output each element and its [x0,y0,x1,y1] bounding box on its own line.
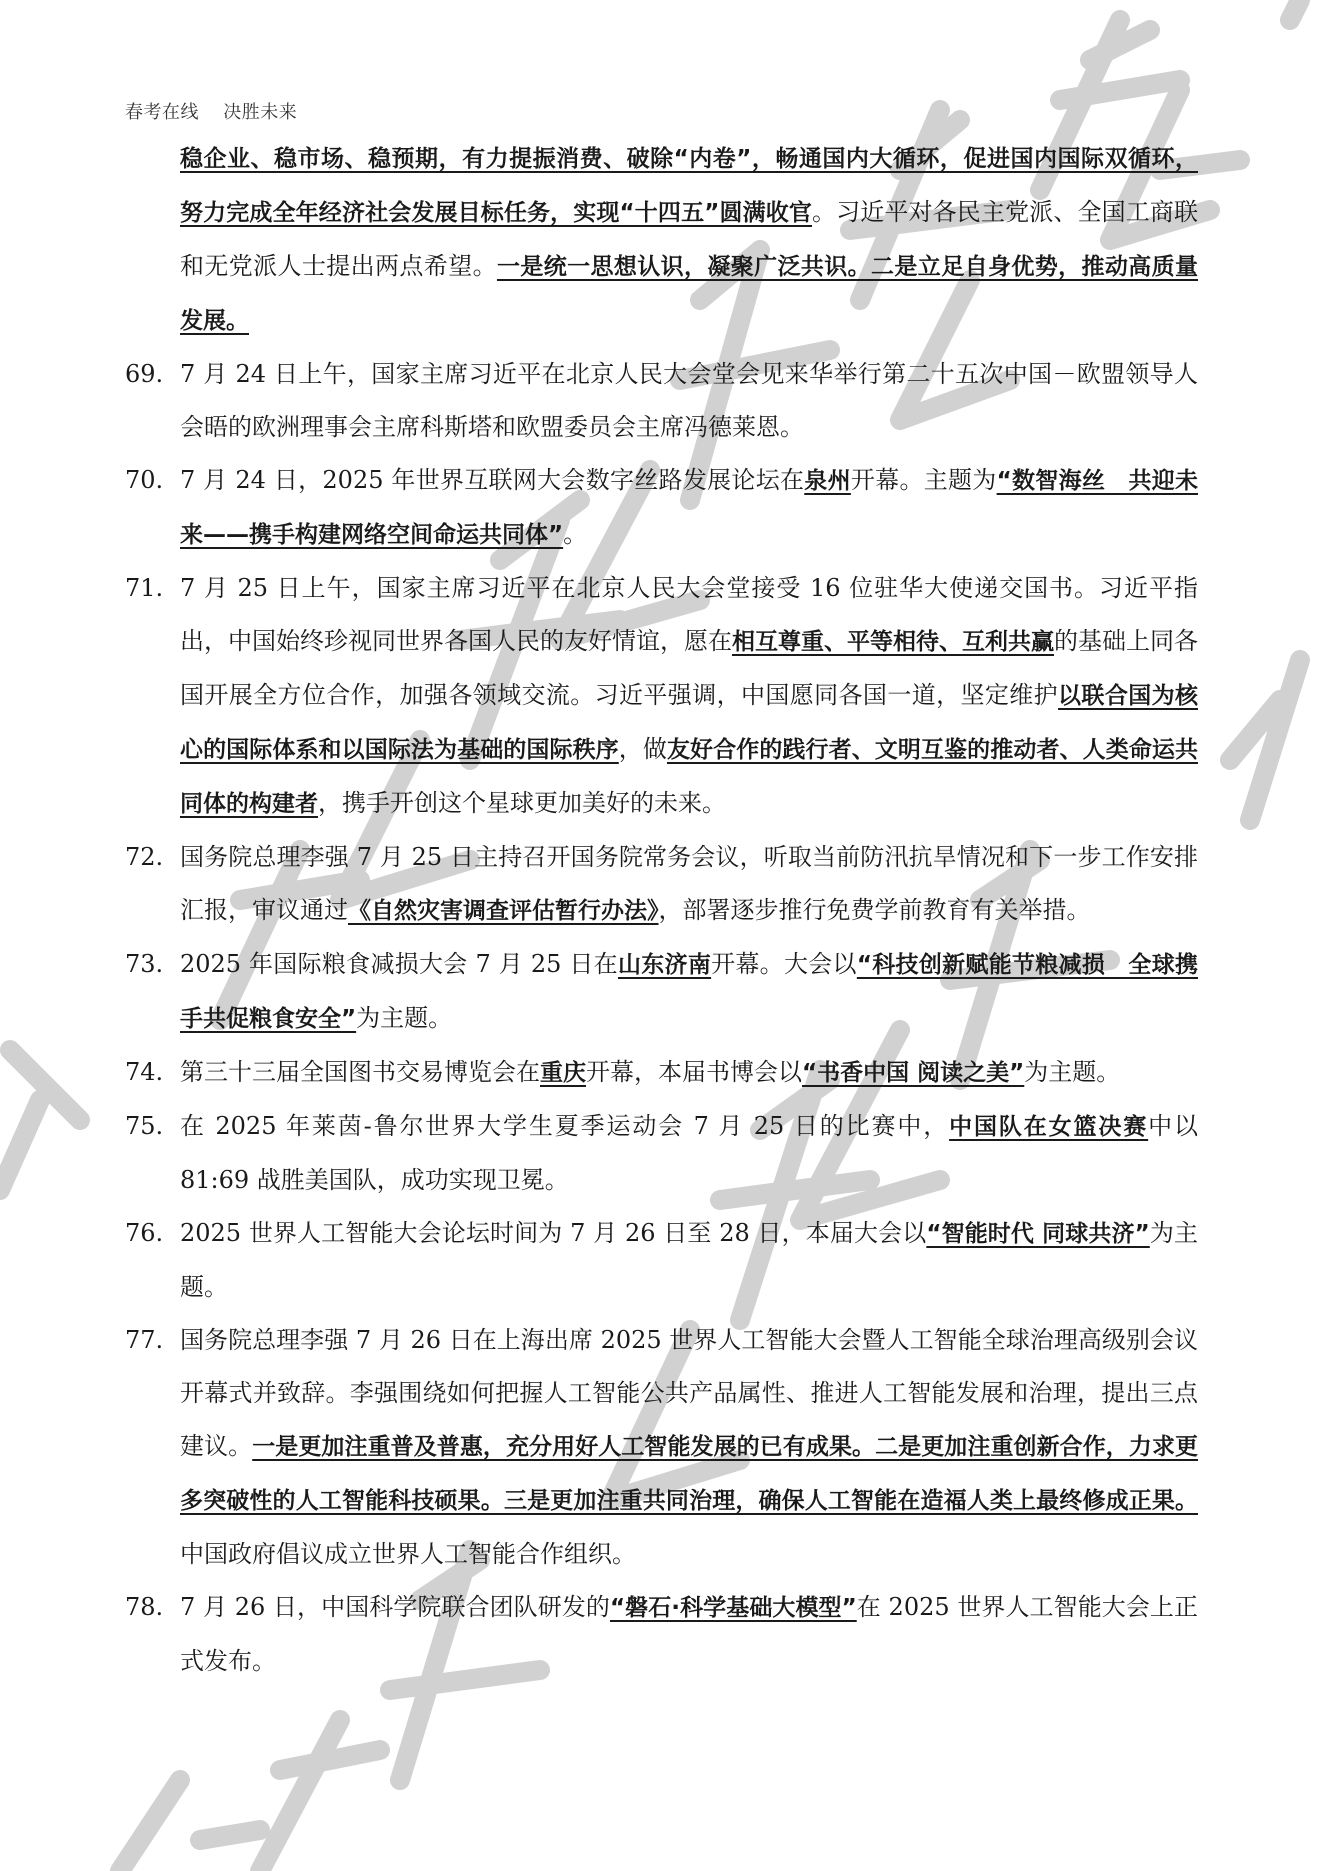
body-text: 2025 世界人工智能大会论坛时间为 7 月 26 日至 28 日，本届大会以 [180,1219,926,1247]
key-point-text: 重庆 [540,1060,586,1086]
key-point-text: 泉州 [804,468,851,494]
list-item: 76.2025 世界人工智能大会论坛时间为 7 月 26 日至 28 日，本届大… [125,1207,1198,1314]
item-number: 70. [125,454,163,507]
body-text: 在 2025 年莱茵-鲁尔世界大学生夏季运动会 7 月 25 日的比赛中， [180,1112,949,1140]
list-item: 77.国务院总理李强 7 月 26 日在上海出席 2025 世界人工智能大会暨人… [125,1314,1198,1581]
key-point-text: 中国队在女篮决赛 [949,1114,1148,1140]
key-point-text: 一是更加注重普及普惠，充分用好人工智能发展的已有成果。二是更加注重创新合作，力求… [180,1434,1198,1514]
body-text: 7 月 24 日上午，国家主席习近平在北京人民大会堂会见来华举行第二十五次中国－… [180,360,1198,441]
body-text: ，做 [619,735,667,763]
body-text: ，携手开创这个星球更加美好的未来。 [318,789,726,817]
body-text: 开幕，本届书博会以 [586,1058,802,1086]
key-point-text: 《自然灾害调查评估暂行办法》 [348,898,659,924]
item-number: 75. [125,1100,163,1153]
body-text: 7 月 24 日，2025 年世界互联网大会数字丝路发展论坛在 [180,466,804,494]
document-body: 稳企业、稳市场、稳预期，有力提振消费、破除“内卷”，畅通国内大循环，促进国内国际… [125,132,1198,1688]
item-number: 77. [125,1314,163,1367]
body-text: 为主题。 [356,1004,452,1032]
list-item: 71.7 月 25 日上午，国家主席习近平在北京人民大会堂接受 16 位驻华大使… [125,562,1198,831]
key-point-text: “书香中国 阅读之美” [802,1060,1024,1086]
list-item: 73.2025 年国际粮食减损大会 7 月 25 日在山东济南开幕。大会以“科技… [125,938,1198,1046]
key-point-text: 山东济南 [618,952,711,978]
body-text: 7 月 26 日，中国科学院联合团队研发的 [180,1593,610,1621]
item-number: 78. [125,1581,163,1634]
body-text: 。 [563,520,587,548]
key-point-text: “智能时代 同球共济” [926,1221,1149,1247]
body-text: ，部署逐步推行免费学前教育有关举措。 [659,896,1091,924]
body-text: 中国政府倡议成立世界人工智能合作组织。 [180,1540,636,1568]
list-item: 74.第三十三届全国图书交易博览会在重庆开幕，本届书博会以“书香中国 阅读之美”… [125,1046,1198,1100]
list-item: 78.7 月 26 日，中国科学院联合团队研发的“磐石·科学基础大模型”在 20… [125,1581,1198,1688]
key-point-text: “磐石·科学基础大模型” [610,1595,857,1621]
item-number: 71. [125,562,163,615]
item-number: 74. [125,1046,163,1099]
key-point-text: 相互尊重、平等相待、互利共赢 [732,629,1054,655]
item-number: 72. [125,831,163,884]
list-item: 稳企业、稳市场、稳预期，有力提振消费、破除“内卷”，畅通国内大循环，促进国内国际… [125,132,1198,348]
body-text: 第三十三届全国图书交易博览会在 [180,1058,540,1086]
item-number: 76. [125,1207,163,1260]
list-item: 69.7 月 24 日上午，国家主席习近平在北京人民大会堂会见来华举行第二十五次… [125,348,1198,454]
body-text: 开幕。主题为 [851,466,997,494]
item-number: 73. [125,938,163,991]
list-item: 70.7 月 24 日，2025 年世界互联网大会数字丝路发展论坛在泉州开幕。主… [125,454,1198,562]
body-text: 2025 年国际粮食减损大会 7 月 25 日在 [180,950,618,978]
header-left: 春考在线 [125,102,199,123]
body-text: 开幕。大会以 [711,950,857,978]
item-number: 69. [125,348,163,401]
header-right: 决胜未来 [223,102,297,123]
page-header: 春考在线 决胜未来 [125,98,315,124]
list-item: 75.在 2025 年莱茵-鲁尔世界大学生夏季运动会 7 月 25 日的比赛中，… [125,1100,1198,1207]
body-text: 为主题。 [1024,1058,1120,1086]
list-item: 72.国务院总理李强 7 月 25 日主持召开国务院常务会议，听取当前防汛抗旱情… [125,831,1198,938]
